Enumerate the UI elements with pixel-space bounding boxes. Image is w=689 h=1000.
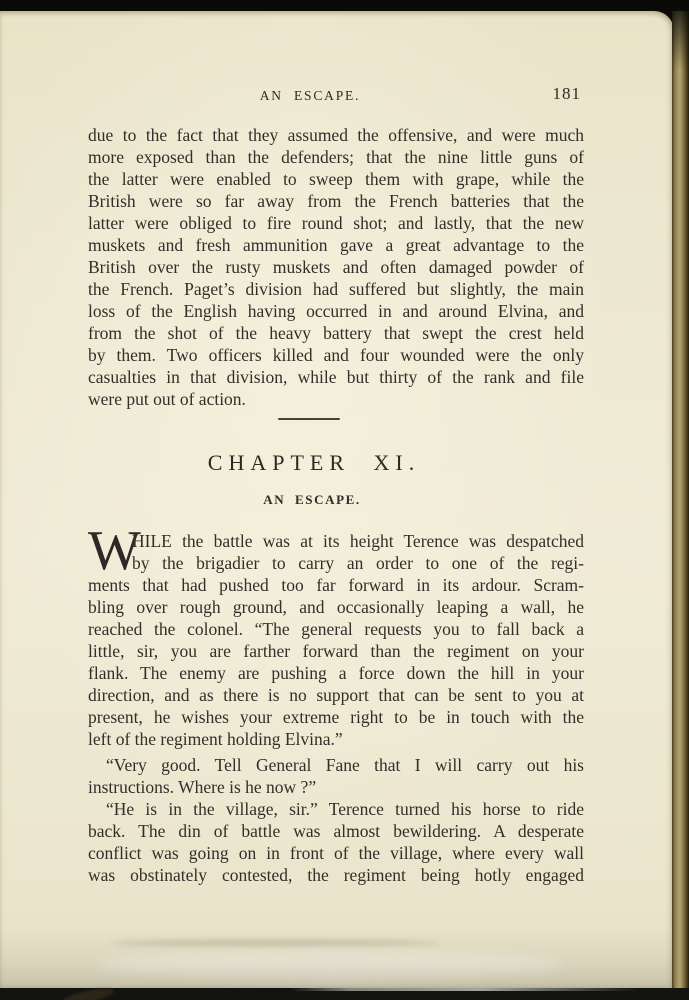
paragraph-dialogue-2: “He is in the village, sir.” Terence tur… bbox=[88, 798, 584, 886]
paragraph-continuation: due to the fact that they assumed the of… bbox=[88, 124, 584, 410]
scan-shadow-streak bbox=[110, 940, 440, 946]
book-top-edge bbox=[0, 0, 689, 11]
page-number: 181 bbox=[553, 84, 582, 104]
book-fore-edge-pages bbox=[672, 0, 689, 990]
book-page: AN ESCAPE. 181 due to the fact that they… bbox=[0, 11, 674, 988]
book-scan: AN ESCAPE. 181 due to the fact that they… bbox=[0, 0, 689, 1000]
paragraph-opening: W HILE the battle was at its height Tere… bbox=[88, 530, 584, 750]
running-header: AN ESCAPE. bbox=[260, 88, 361, 104]
chapter-heading: CHAPTER XI. bbox=[66, 453, 562, 473]
paragraph-dialogue-1: “Very good. Tell General Fane that I wil… bbox=[88, 754, 584, 798]
section-divider-rule bbox=[278, 418, 340, 420]
chapter-subtitle: AN ESCAPE. bbox=[64, 493, 560, 507]
scan-light-band bbox=[95, 952, 565, 978]
page-header: AN ESCAPE. 181 bbox=[88, 88, 584, 104]
page-content: AN ESCAPE. 181 due to the fact that they… bbox=[88, 11, 584, 886]
dropcap-letter: W bbox=[88, 530, 126, 573]
